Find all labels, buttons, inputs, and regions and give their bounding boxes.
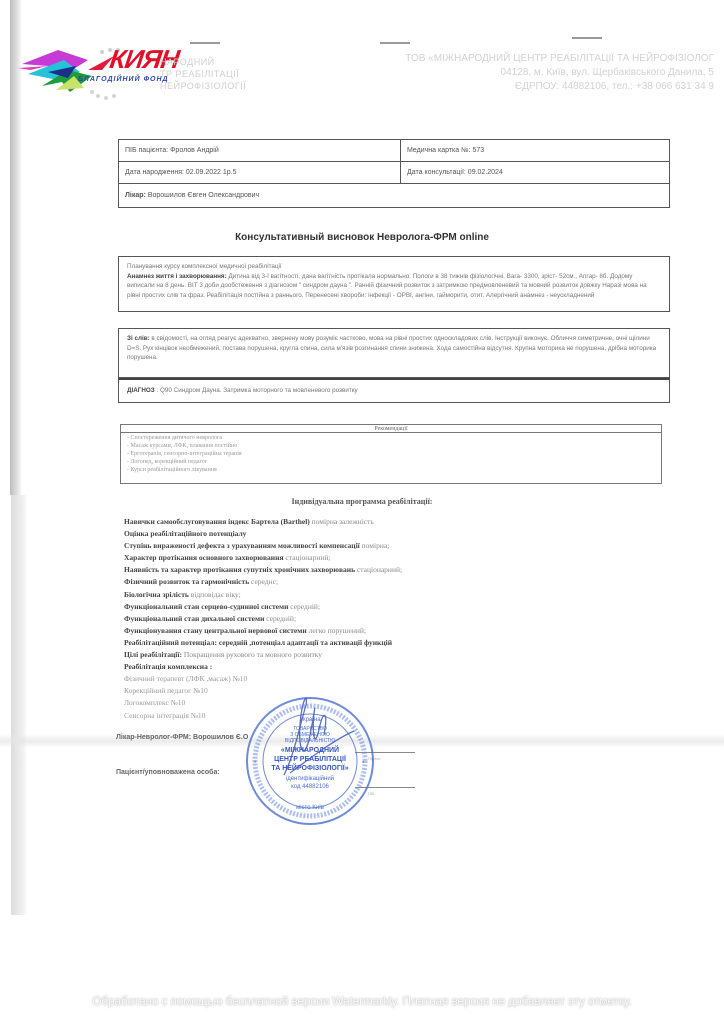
- program-row-value: помірна залежність: [310, 517, 374, 526]
- diagnosis-text: : Q90 Синдром Дауна. Затримка моторного …: [157, 387, 358, 394]
- program-row-value: легко порушений;: [307, 626, 366, 635]
- right-org-details: ТОВ «МІЖНАРОДНИЙ ЦЕНТР РЕАБІЛІТАЦІЇ ТА Н…: [405, 52, 714, 94]
- svg-text:ідентифікаційний: ідентифікаційний: [286, 775, 334, 782]
- scan-edge-shadow-lower: [11, 495, 27, 915]
- svg-text:ВІДПОВІДАЛЬНІСТЮ: ВІДПОВІДАЛЬНІСТЮ: [285, 738, 335, 744]
- org-contacts: ЄДРПОУ: 44882106, тел.: +38 066 631 34 9: [405, 80, 714, 94]
- recommendation-item: - Масаж курсами, ЛФК, плавання постійно: [127, 442, 655, 450]
- program-row-value: середній;: [264, 614, 296, 623]
- program-row-label: Фізичний розвиток та гармонічність: [124, 577, 249, 586]
- program-row-label: Навички самообслуговування індекс Бартел…: [124, 517, 310, 526]
- program-row: Фізичний розвиток та гармонічність серед…: [124, 576, 402, 588]
- recommendations-box: Рекомендації - Спостереження дитячого не…: [120, 424, 662, 484]
- patient-signature-label: Пацієнт/уповноважена особа:: [116, 769, 220, 776]
- program-row-label: Характер протікання основного захворюван…: [124, 553, 284, 562]
- program-row: Реабілітаційний потенціал: середній ,пот…: [124, 637, 402, 649]
- program-row-label: Оцінка реабілітаційного потенціалу: [124, 529, 246, 538]
- program-row: Навички самообслуговування індекс Бартел…: [124, 516, 402, 528]
- recommendation-item: - Курси реабілітаційного лікування: [127, 466, 655, 474]
- recommendations-list: - Спостереження дитячого невролога - Мас…: [121, 433, 661, 475]
- program-row-value: Покращення рухового та мовного розвитку: [182, 650, 322, 659]
- left-org-line: НАРОДНИЙ: [160, 56, 246, 68]
- doctor-label: Лікар:: [125, 192, 146, 199]
- doctor-signature-label: Лікар-Невролог-ФРМ: Ворошилов Є.О: [116, 734, 248, 741]
- program-row-label: Цілі реабілітації:: [124, 650, 182, 659]
- program-row: Оцінка реабілітаційного потенціалу: [124, 528, 402, 540]
- anamnesis-body: Анамнез життя і захворювання: Дитина від…: [127, 272, 661, 301]
- program-row-label: Наявність та характер протікання супутні…: [124, 565, 355, 574]
- program-row: Наявність та характер протікання супутні…: [124, 564, 402, 576]
- program-row-value: стаціонарний;: [284, 553, 331, 562]
- svg-text:ЦЕНТР РЕАБІЛІТАЦІЇ: ЦЕНТР РЕАБІЛІТАЦІЇ: [274, 755, 347, 763]
- status-label: Зі слів:: [127, 335, 150, 342]
- org-stamp-icon: Україна ТОВАРИСТВО З ОБМЕЖЕНОЮ ВІДПОВІДА…: [244, 695, 376, 827]
- program-row-value: середній;: [288, 602, 320, 611]
- org-name: ТОВ «МІЖНАРОДНИЙ ЦЕНТР РЕАБІЛІТАЦІЇ ТА Н…: [405, 52, 714, 66]
- scan-mark: [380, 42, 410, 44]
- scan-mark: [190, 42, 220, 44]
- recommendation-item: - Логопед, корекційний педагог: [127, 458, 655, 466]
- consultation-date: Дата консультації: 09.02.2024: [401, 162, 670, 184]
- program-row-value: відповідає віку;: [189, 590, 241, 599]
- program-row: Характер протікання основного захворюван…: [124, 552, 402, 564]
- diagnosis-box: ДІАГНОЗ : Q90 Синдром Дауна. Затримка мо…: [118, 378, 670, 403]
- session-item: Фізичний терапевт (ЛФК ,масаж) №10: [124, 673, 402, 685]
- rehab-program: Навички самообслуговування індекс Бартел…: [124, 516, 402, 722]
- program-row: Ступінь вираженості дефекта з урахування…: [124, 540, 402, 552]
- document-title: Консультативный висновок Невролога-ФРМ o…: [0, 232, 724, 243]
- recommendation-item: - Спостереження дитячого невролога: [127, 434, 655, 442]
- program-row-label: Ступінь вираженості дефекта з урахування…: [124, 541, 360, 550]
- program-row-label: Функціональний стан дихальної системи: [124, 614, 264, 623]
- anamnesis-box: Планування курсу комплексної медичної ре…: [118, 256, 670, 312]
- program-row-label: Функціонування стану центральної нервово…: [124, 626, 307, 635]
- program-row-label: Біологічна зрілість: [124, 590, 189, 599]
- anamnesis-intro: Планування курсу комплексної медичної ре…: [127, 262, 661, 272]
- left-org-line: НЕЙРОФІЗІОЛОГІЇ: [160, 80, 246, 92]
- status-text: в свідомості, на огляд реагує адекватно,…: [127, 335, 656, 361]
- left-org-line: ТР РЕАБІЛІТАЦІЇ: [160, 68, 246, 80]
- program-row: Функціональний стан дихальної системи се…: [124, 613, 402, 625]
- svg-text:місто Київ: місто Київ: [296, 805, 324, 811]
- program-row-value: стаціонарний;: [355, 565, 402, 574]
- doctor-cell: Лікар: Ворошилов Євген Олександрович: [119, 184, 670, 208]
- recommendation-item: - Ерготерапія, сенсорно-інтеграційна тер…: [127, 450, 655, 458]
- program-row: Функціонування стану центральної нервово…: [124, 625, 402, 637]
- logo-subtitle: БЛАГОДІЙНИЙ ФОНД: [78, 76, 169, 83]
- svg-text:ТА НЕЙРОФІЗІОЛОГІЇ»: ТА НЕЙРОФІЗІОЛОГІЇ»: [271, 763, 348, 772]
- anamnesis-label: Анамнез життя і захворювання:: [127, 273, 227, 280]
- recommendations-title: Рекомендації: [121, 425, 661, 433]
- program-title: Індивідуальна программа реабілітації:: [0, 497, 724, 506]
- diagnosis-label: ДІАГНОЗ: [127, 387, 155, 394]
- program-row-value: середнє;: [249, 577, 278, 586]
- program-row: Функціональний стан серцево-судинної сис…: [124, 601, 402, 613]
- birth-date: Дата народження: 02.09.2022 1р.5: [119, 162, 401, 184]
- program-row-label: Реабілітація комплексна :: [124, 662, 212, 671]
- left-org-name: НАРОДНИЙ ТР РЕАБІЛІТАЦІЇ НЕЙРОФІЗІОЛОГІЇ: [160, 56, 246, 92]
- program-row-label: Функціональний стан серцево-судинної сис…: [124, 602, 288, 611]
- watermark-text: Обработано с помощью бесплатной версии W…: [0, 994, 724, 1008]
- org-address: 04128, м. Київ, вул. Щербаківського Дани…: [405, 66, 714, 80]
- doctor-name: Ворошилов Євген Олександрович: [148, 192, 259, 199]
- program-row: Реабілітація комплексна :: [124, 661, 402, 673]
- program-row: Цілі реабілітації: Покращення рухового т…: [124, 649, 402, 661]
- svg-text:код 44882106: код 44882106: [291, 784, 329, 790]
- patient-info-table: ПІБ пацієнта: Фролов Андрій Медична карт…: [118, 139, 670, 208]
- svg-text:«МІЖНАРОДНИЙ: «МІЖНАРОДНИЙ: [281, 745, 339, 754]
- patient-name: ПІБ пацієнта: Фролов Андрій: [119, 140, 401, 162]
- program-row-label: Реабілітаційний потенціал: середній ,пот…: [124, 638, 392, 647]
- program-row-value: помірна;: [360, 541, 390, 550]
- status-box: Зі слів: в свідомості, на огляд реагує а…: [118, 328, 670, 378]
- medical-card-number: Медична картка №: 573: [401, 140, 670, 162]
- scan-mark: [572, 37, 602, 39]
- program-row: Біологічна зрілість відповідає віку;: [124, 589, 402, 601]
